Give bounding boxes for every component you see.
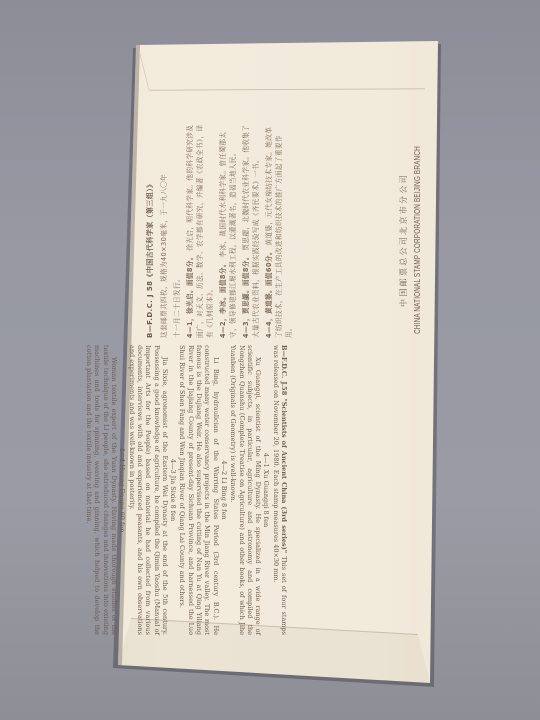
chinese-description: B—F.D.C. J 58《中国古代科学家（第三组）》 这套邮票共四枚，规格为4… <box>145 123 395 338</box>
english-entry-text: Woman textile expert of the Yuan Dynasty… <box>85 345 118 635</box>
english-entry-text: Li Bing, hydraulician of the Warring Sta… <box>178 345 219 635</box>
chinese-title: B—F.D.C. J 58《中国古代科学家（第三组）》 <box>145 123 155 338</box>
chinese-entry-label: 4—4，黄道婆。面值60分。 <box>265 248 273 338</box>
chinese-entry-label: 4—1，徐光启。面值8分。 <box>186 253 194 338</box>
chinese-entry-label: 4—3，贾思勰。面值8分。 <box>242 253 250 338</box>
english-title: B—F.D.C. J.58 "Scientists of Ancient Chi… <box>280 345 288 553</box>
english-entry-label: 4—1 Xu Guangqi 8 fen <box>262 345 270 635</box>
english-entry-text: Xu Guangqi, scientist of the Ming Dynast… <box>229 345 262 635</box>
chinese-intro-line: 这套邮票共四枚，规格为40×30毫米，于一九八〇年 <box>159 123 169 338</box>
publisher-imprint-english: CHINA NATIONAL STAMP CORPORATION BEIJING… <box>411 144 425 336</box>
chinese-entry: 4—1，徐光启。面值8分。 徐光启，明代科学家。他的科学研究涉及面广，对天文、历… <box>185 123 215 338</box>
chinese-entry-label: 4—2，李冰。面值8分。 <box>219 260 227 338</box>
english-description: B—F.D.C. J.58 "Scientists of Ancient Chi… <box>143 345 288 635</box>
english-entry-text: Jia Sixie, agronomist of the Eastern Wei… <box>127 345 168 635</box>
chinese-entry: 4—4，黄道婆。面值60分。 黄道婆，元代女棉纺技术专家。她改革了纺织技术，在生… <box>264 123 294 338</box>
english-entry-label: 4—4 Huang Daopo 60 fen <box>118 345 126 635</box>
chinese-entry: 4—2，李冰。面值8分。 李冰，战国时代水利科学家。曾任蜀郡太守，领导修建都江堰… <box>218 123 238 338</box>
publisher-imprint: 中国邮票总公司北京市分公司 CHINA NATIONAL STAMP CORPO… <box>397 120 437 360</box>
publisher-imprint-chinese: 中国邮票总公司北京市分公司 <box>397 120 411 360</box>
chinese-intro-line: 十一月二十日发行。 <box>172 123 182 338</box>
english-header: B—F.D.C. J.58 "Scientists of Ancient Chi… <box>271 345 288 635</box>
english-entry-label: 4—3 Jia Sixie 8 fen <box>169 345 177 635</box>
chinese-entry: 4—3，贾思勰。面值8分。 贾思勰，北魏时代农业科学家。他收集了大量古代农业资料… <box>241 123 261 338</box>
english-entry-label: 4—2 Li Bing 8 fen <box>220 345 228 635</box>
